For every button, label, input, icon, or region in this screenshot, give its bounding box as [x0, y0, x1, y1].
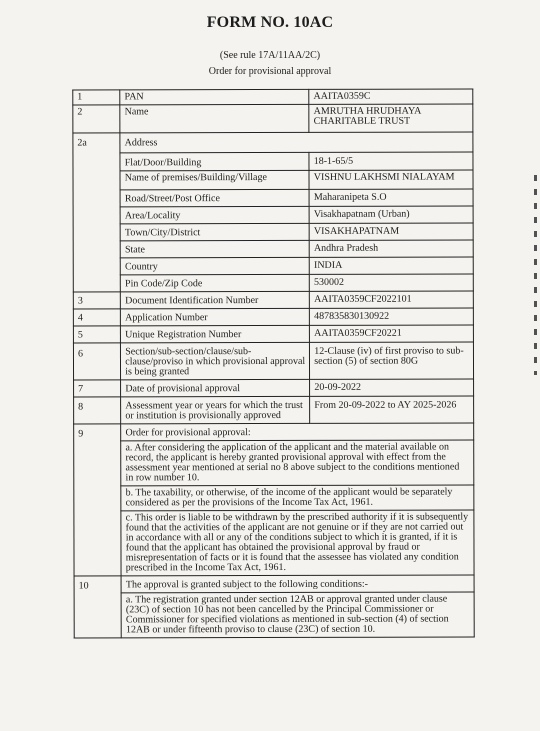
- row-label: Date of provisional approval: [121, 379, 310, 396]
- row-label: Order for provisional approval:: [121, 423, 474, 441]
- address-field-value: 530002: [310, 274, 474, 291]
- order-paragraph-b: b. The taxability, or otherwise, of the …: [121, 485, 474, 511]
- table-row-pan: 1 PAN AAITA0359C: [73, 89, 473, 105]
- address-field-value: 18-1-65/5: [309, 152, 473, 170]
- address-field-value: Visakhapatnam (Urban): [309, 206, 473, 223]
- table-row-approval-date: 7 Date of provisional approval 20-09-202…: [74, 379, 474, 397]
- order-paragraph-row: c. This order is liable to be withdrawn …: [74, 510, 474, 576]
- address-field-row: Town/City/District VISAKHAPATNAM: [73, 223, 473, 241]
- address-field-label: Name of premises/Building/Village: [120, 170, 309, 189]
- table-row-address: 2a Address: [73, 132, 473, 153]
- row-number: 9: [74, 424, 122, 576]
- form-subtitle: Order for provisional approval: [0, 66, 540, 77]
- order-paragraph-a: a. After considering the application of …: [121, 440, 474, 486]
- address-field-label: Road/Street/Post Office: [120, 189, 309, 206]
- row-value: 20-09-2022: [310, 379, 474, 396]
- row-number: 1: [73, 90, 120, 105]
- table-row-order: 9 Order for provisional approval:: [74, 423, 474, 441]
- address-field-label: Flat/Door/Building: [120, 152, 309, 170]
- address-field-label: Pin Code/Zip Code: [121, 274, 310, 291]
- row-label: Unique Registration Number: [121, 325, 310, 342]
- row-value: 12-Clause (iv) of first proviso to sub-s…: [310, 342, 474, 379]
- address-field-value: Maharanipeta S.O: [309, 189, 473, 206]
- row-label: Section/sub-section/clause/sub-clause/pr…: [121, 342, 310, 379]
- row-number: 7: [74, 380, 121, 397]
- conditions-paragraph-row: a. The registration granted under sectio…: [74, 592, 474, 638]
- row-number: 5: [73, 326, 120, 343]
- table-row-document-id: 3 Document Identification Number AAITA03…: [73, 291, 473, 309]
- row-number: 2: [73, 105, 120, 133]
- row-label: Assessment year or years for which the t…: [121, 396, 310, 423]
- row-label: The approval is granted subject to the f…: [121, 575, 474, 593]
- address-field-value: VISHNU LAKHSMI NIALAYAM: [309, 170, 473, 189]
- address-field-label: State: [120, 240, 309, 257]
- row-label: Address: [120, 132, 473, 153]
- order-paragraph-row: b. The taxability, or otherwise, of the …: [74, 485, 474, 511]
- table-row-unique-registration-number: 5 Unique Registration Number AAITA0359CF…: [73, 325, 473, 343]
- row-label: Name: [120, 104, 309, 132]
- page-edge-shadow: [534, 175, 537, 375]
- approval-table: 1 PAN AAITA0359C 2 Name AMRUTHA HRUDHAYA…: [72, 88, 474, 638]
- row-value: AAITA0359CF20221: [310, 325, 474, 342]
- table-row-assessment-year: 8 Assessment year or years for which the…: [74, 396, 474, 424]
- address-field-row: Pin Code/Zip Code 530002: [73, 274, 473, 292]
- form-title: FORM NO. 10AC: [0, 14, 540, 32]
- row-label: PAN: [120, 89, 309, 104]
- order-paragraph-row: a. After considering the application of …: [74, 440, 474, 486]
- row-value: AMRUTHA HRUDHAYA CHARITABLE TRUST: [309, 104, 473, 132]
- row-label: Document Identification Number: [121, 291, 310, 308]
- address-field-label: Country: [120, 257, 309, 274]
- table-row-section: 6 Section/sub-section/clause/sub-clause/…: [73, 342, 473, 380]
- address-field-row: Name of premises/Building/Village VISHNU…: [73, 170, 473, 190]
- form-rule-reference: (See rule 17A/11AA/2C): [0, 50, 540, 61]
- order-paragraph-c: c. This order is liable to be withdrawn …: [121, 510, 474, 576]
- row-value: AAITA0359C: [309, 89, 473, 104]
- table-row-application-number: 4 Application Number 487835830130922: [73, 308, 473, 326]
- address-field-value: VISAKHAPATNAM: [309, 223, 473, 240]
- row-number: 2a: [73, 133, 121, 292]
- row-value: From 20-09-2022 to AY 2025-2026: [310, 396, 474, 423]
- table-row-name: 2 Name AMRUTHA HRUDHAYA CHARITABLE TRUST: [73, 104, 473, 133]
- address-field-row: Country INDIA: [73, 257, 473, 275]
- row-number: 10: [74, 576, 121, 638]
- conditions-paragraph-a: a. The registration granted under sectio…: [121, 592, 474, 638]
- row-number: 4: [73, 309, 120, 326]
- address-field-row: Flat/Door/Building 18-1-65/5: [73, 152, 473, 171]
- row-label: Application Number: [121, 308, 310, 325]
- address-field-value: INDIA: [309, 257, 473, 274]
- row-number: 6: [73, 343, 120, 380]
- address-field-row: Road/Street/Post Office Maharanipeta S.O: [73, 189, 473, 207]
- row-value: 487835830130922: [310, 308, 474, 325]
- address-field-label: Town/City/District: [120, 223, 309, 240]
- row-number: 8: [74, 397, 121, 424]
- table-row-conditions: 10 The approval is granted subject to th…: [74, 575, 474, 593]
- row-number: 3: [73, 292, 120, 309]
- address-field-row: Area/Locality Visakhapatnam (Urban): [73, 206, 473, 224]
- address-field-row: State Andhra Pradesh: [73, 240, 473, 258]
- row-value: AAITA0359CF2022101: [310, 291, 474, 308]
- address-field-value: Andhra Pradesh: [309, 240, 473, 257]
- address-field-label: Area/Locality: [120, 206, 309, 223]
